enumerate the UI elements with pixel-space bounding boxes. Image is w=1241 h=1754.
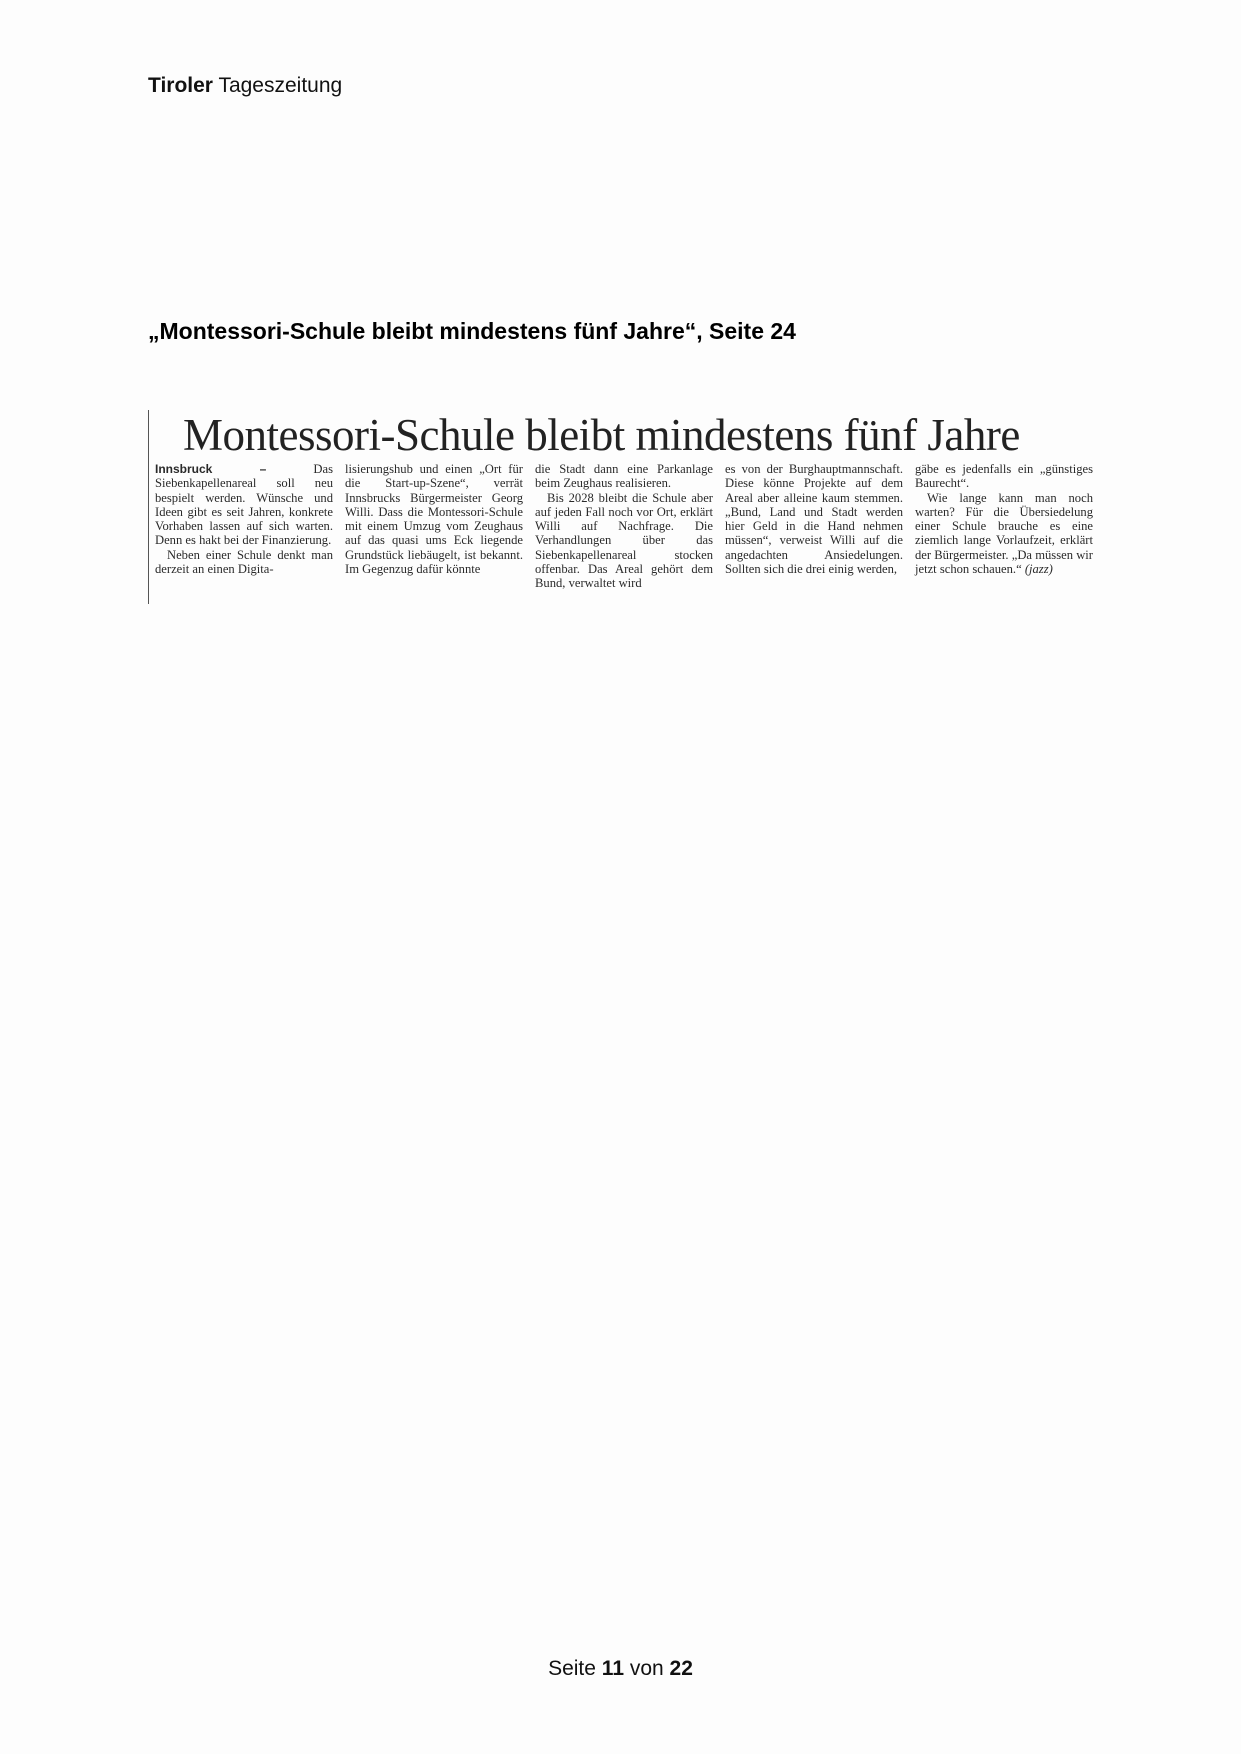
article-column-2: lisierungshub und einen „Ort für die Sta… xyxy=(345,462,523,591)
article-column-3: die Stadt dann eine Parkanlage beim Zeug… xyxy=(535,462,713,591)
article-reference-title: „Montessori-Schule bleibt mindestens fün… xyxy=(148,318,796,345)
article-headline: Montessori-Schule bleibt mindestens fünf… xyxy=(183,410,1020,460)
paragraph: Neben einer Schule denkt man derzeit an … xyxy=(155,548,333,577)
paragraph: gäbe es jedenfalls ein „günstiges Baurec… xyxy=(915,462,1093,491)
author-tag: (jazz) xyxy=(1025,562,1053,576)
newspaper-clipping: Montessori-Schule bleibt mindestens fünf… xyxy=(148,410,1094,604)
publication-name-bold: Tiroler xyxy=(148,74,213,97)
paragraph: Bis 2028 bleibt die Schule aber auf jede… xyxy=(535,491,713,591)
article-body: Innsbruck – Das Siebenkapellenareal soll… xyxy=(155,462,1100,591)
article-column-5: gäbe es jedenfalls ein „günstiges Baurec… xyxy=(915,462,1093,591)
page-label: Seite xyxy=(548,1657,596,1680)
dateline: Innsbruck – xyxy=(155,462,266,476)
article-column-4: es von der Burghauptmannschaft. Diese kö… xyxy=(725,462,903,591)
page-of-label: von xyxy=(630,1657,664,1680)
paragraph: die Stadt dann eine Parkanlage beim Zeug… xyxy=(535,462,713,491)
paragraph: Wie lange kann man noch warten? Für die … xyxy=(915,491,1093,576)
publication-masthead: Tiroler Tageszeitung xyxy=(148,74,342,98)
paragraph: lisierungshub und einen „Ort für die Sta… xyxy=(345,462,523,576)
current-page-number: 11 xyxy=(602,1657,624,1680)
publication-name-rest: Tageszeitung xyxy=(218,74,342,97)
paragraph: es von der Burghauptmannschaft. Diese kö… xyxy=(725,462,903,576)
article-column-1: Innsbruck – Das Siebenkapellenareal soll… xyxy=(155,462,333,591)
page-footer: Seite 11 von 22 xyxy=(0,1657,1241,1681)
total-page-count: 22 xyxy=(670,1657,693,1680)
